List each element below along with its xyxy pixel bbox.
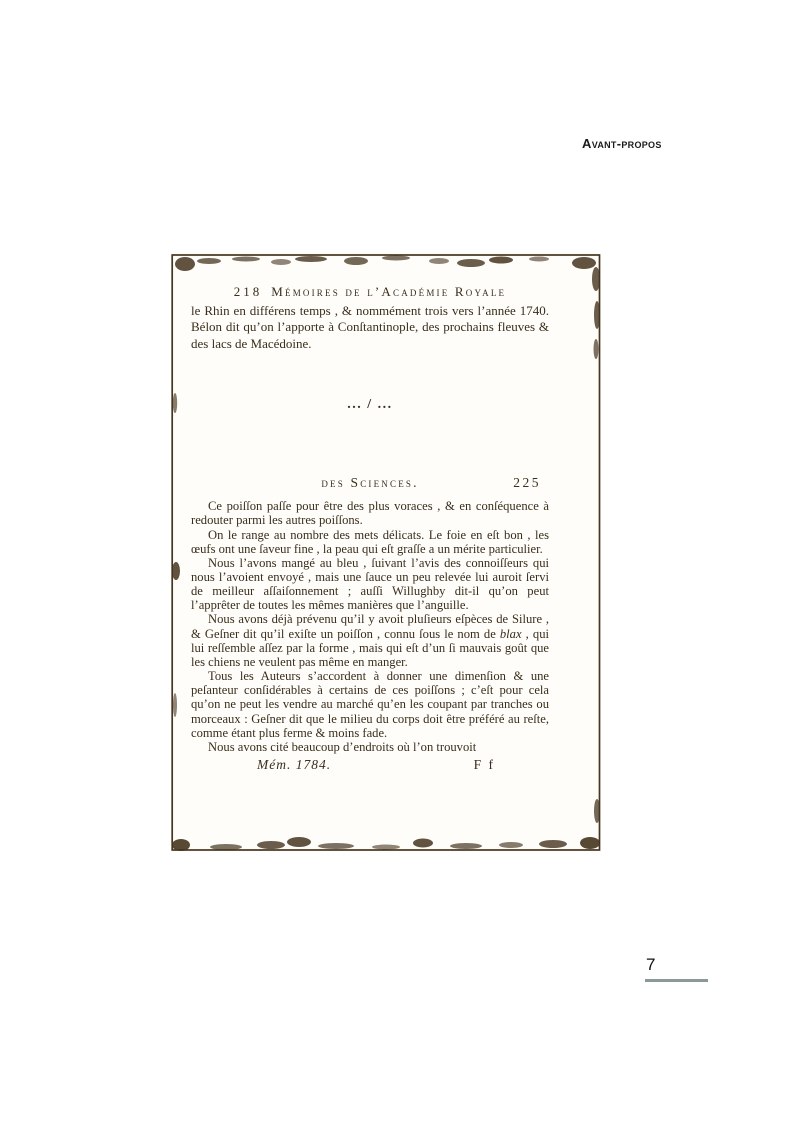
scan-volume-mark: Mém. 1784. <box>257 757 331 773</box>
scan-paragraph-4-italic-term: blax <box>500 627 522 641</box>
page-number-block: 7 <box>645 955 708 982</box>
scan-verso-title: Mémoires de l’Académie Royale <box>271 284 506 299</box>
scan-running-head-recto: des Sciences. 225 <box>191 475 549 491</box>
chapter-header-label: Avant-propos <box>582 136 662 151</box>
scanned-book-page: 218Mémoires de l’Académie Royale le Rhin… <box>171 253 601 852</box>
scan-paragraph-1: Ce poiſſon paſſe pour être des plus vora… <box>191 499 549 527</box>
scan-footer: Mém. 1784. F f <box>191 757 549 773</box>
scan-verso-page-number: 218 <box>234 284 263 299</box>
scan-recto-page-number: 225 <box>513 475 541 491</box>
chapter-running-header: Avant-propos <box>582 136 662 151</box>
scan-recto-title: des Sciences. <box>321 475 418 490</box>
scan-running-head-verso: 218Mémoires de l’Académie Royale <box>191 284 549 300</box>
scan-signature-mark: F f <box>474 757 495 773</box>
scan-elision-separator: ... / ... <box>191 397 549 413</box>
page-number: 7 <box>645 955 708 975</box>
scan-paragraph-4-text: Nous avons déjà prévenu qu’il y avoit pl… <box>191 612 549 640</box>
page-number-rule <box>645 979 708 982</box>
scan-paragraph-6: Nous avons cité beaucoup d’endroits où l… <box>191 740 549 754</box>
scan-paragraph-2: On le range au nombre des mets délicats.… <box>191 528 549 556</box>
scan-paragraph-4: Nous avons déjà prévenu qu’il y avoit pl… <box>191 612 549 669</box>
scan-continuation-paragraph: le Rhin en différens temps , & nommément… <box>191 303 549 352</box>
scan-text-block: 218Mémoires de l’Académie Royale le Rhin… <box>191 284 549 773</box>
scan-body: Ce poiſſon paſſe pour être des plus vora… <box>191 499 549 754</box>
scan-paragraph-5: Tous les Auteurs s’accordent à donner un… <box>191 669 549 740</box>
scan-paragraph-3: Nous l’avons mangé au bleu , ſuivant l’a… <box>191 556 549 613</box>
document-page: Avant-propos <box>0 0 800 1132</box>
